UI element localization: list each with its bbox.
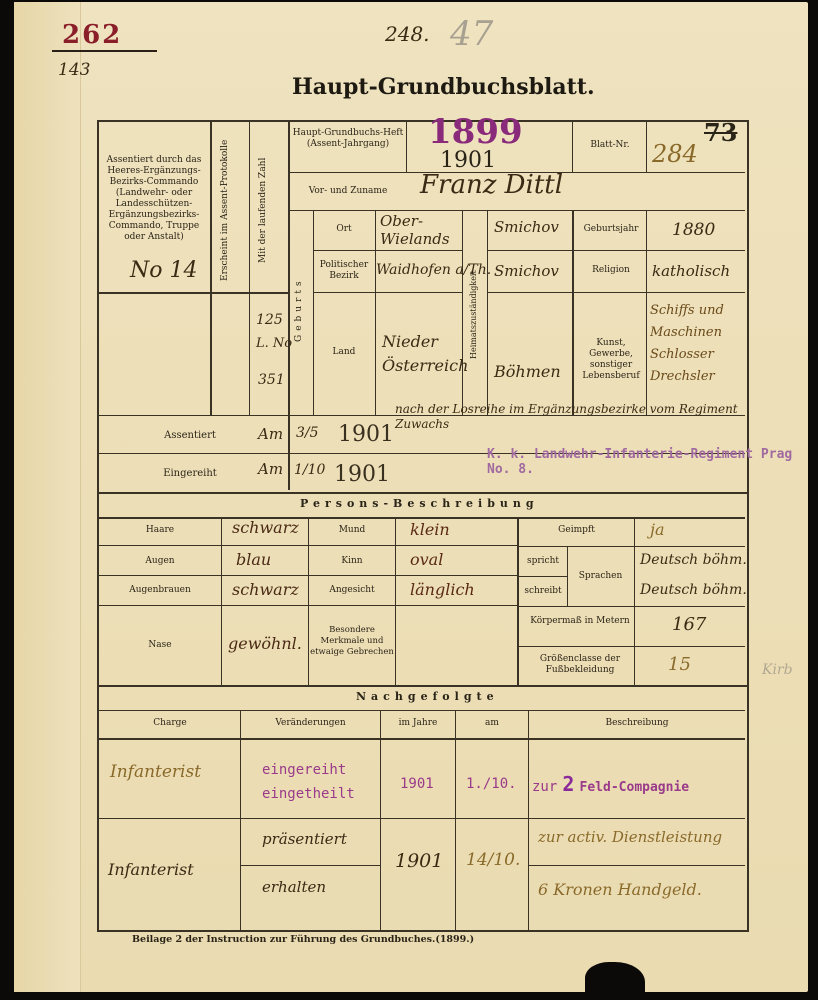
beruf-value: Schiffs und Maschinen Schlosser Drechsle… [650,300,745,388]
row1-desc-number: 2 [562,772,574,796]
grid-line [634,517,635,685]
row2-charge: Infanterist [108,860,194,879]
mund-value: klein [410,520,450,539]
geburts-label: Geburts [294,270,305,350]
schreibt-value: Deutsch böhm. [640,582,747,598]
merkmale-label: Besondere Merkmale und etwaige Gebrechen [310,625,394,658]
grid-line [519,606,745,607]
row2-date: 14/10. [466,850,520,870]
grid-line [380,710,381,930]
heimat-label: Heimatszuständigkeit [468,260,479,370]
augenbrauen-value: schwarz [232,580,299,599]
eingereiht-row-label: Eingereiht [150,468,230,479]
grid-line [519,576,567,577]
grid-line [97,605,517,606]
row1-year: 1901 [400,776,434,792]
grid-line [97,545,517,546]
grid-line [221,517,222,685]
col-jahre: im Jahre [381,718,455,729]
protokoll-column-label: Erscheint im Assent-Protokolle [220,135,231,285]
row2-desc-1: zur activ. Dienstleistung [538,828,722,846]
grid-line [519,546,745,547]
eingereiht-year: 1901 [334,462,390,487]
grid-line [313,210,314,415]
grid-line [288,120,290,490]
grid-line [240,710,241,930]
grid-line [572,210,574,415]
grid-line [646,210,647,415]
page-title: Haupt-Grundbuchsblatt. [292,74,595,100]
grid-line [313,292,463,293]
grid-line [462,210,463,415]
groessenclasse-label: Größenclasse der Fußbekleidung [530,654,630,676]
heft-year-stamp: 1899 [428,112,523,152]
grid-line [375,210,376,415]
grid-line [487,210,488,415]
margin-pencil-note: Kirb [762,662,793,678]
grid-line [97,292,289,294]
regiment-stamp: K. k. Landwehr-Infanterie-Regiment Prag … [487,447,818,477]
nase-label: Nase [100,640,220,651]
nase-value: gewöhnl. [228,634,302,653]
angesicht-label: Angesicht [310,585,394,596]
row1-date: 1./10. [466,776,517,792]
grid-line [487,250,745,251]
grid-line [517,517,519,685]
record-subnumber: 143 [58,60,90,80]
row1-charge: Infanterist [110,762,201,782]
grid-line [528,865,745,866]
row2-change-2: erhalten [262,878,326,896]
geimpft-label: Geimpft [520,525,633,536]
angesicht-value: länglich [410,580,475,599]
grid-line [210,120,212,415]
grid-line [97,738,745,740]
row2-change-1: präsentiert [262,830,347,848]
grid-line [249,120,250,415]
nachgefolgte-title: Nachgefolgte [356,690,499,703]
heimat-land-value: Böhmen [494,362,561,381]
name-label: Vor- und Zuname [292,186,404,197]
augen-label: Augen [100,556,220,567]
eingereiht-am: Am [258,460,283,478]
row2-year: 1901 [395,850,443,872]
grid-line [240,865,380,866]
row2-desc-2: 6 Kronen Handgeld. [538,880,702,899]
blatt-struck-number: 73 [704,118,737,147]
record-number-red: 262 [62,20,122,50]
land-label: Land [315,347,373,358]
col-beschreibung: Beschreibung [529,718,745,729]
protokoll-value-3: 351 [258,372,285,388]
schreibt-label: schreibt [520,586,566,597]
grid-line [487,292,745,293]
header-divider [52,50,157,52]
koerpermass-label: Körpermaß in Metern [530,616,630,627]
footer-note: Beilage 2 der Instruction zur Führung de… [132,934,474,945]
groessenclasse-value: 15 [668,654,691,675]
laufende-zahl-label: Mit der laufenden Zahl [258,135,269,285]
religion-label: Religion [576,265,646,276]
assentiert-year: 1901 [338,422,394,447]
page-margin-strip [14,2,81,992]
grid-line [646,120,647,172]
spricht-label: spricht [520,556,566,567]
bezirk-label: Politischer Bezirk [315,260,373,282]
assentiert-am: Am [258,425,283,443]
assentiert-date: 3/5 [296,425,319,441]
assentiert-by-text: Assentiert durch das Heeres-Ergänzungs-B… [107,155,202,242]
mund-label: Mund [310,525,394,536]
blatt-value: 284 [652,140,698,168]
row1-desc-prefix: zur [532,779,557,795]
row1-change-2: eingetheilt [262,786,355,802]
assentiert-note: nach der Losreihe im Ergänzungsbezirke v… [395,402,785,432]
eingereiht-date: 1/10 [294,462,325,478]
beruf-label: Kunst, Gewerbe, sonstiger Lebensberuf [576,338,646,382]
col-charge: Charge [100,718,240,729]
grid-line [395,517,396,685]
grid-line [288,210,745,211]
ort-value: Ober-Wielands [380,212,462,248]
person-section-title: Persons-Beschreibung [300,497,539,510]
koerpermass-value: 167 [672,614,706,635]
grid-line [313,250,463,251]
name-value: Franz Dittl [420,170,563,200]
grid-line [528,710,529,930]
grid-line [519,646,745,647]
augen-value: blau [236,550,271,569]
grid-line [406,120,407,172]
haare-label: Haare [100,525,220,536]
augenbrauen-label: Augenbrauen [100,585,220,596]
geburtsjahr-value: 1880 [672,220,715,240]
heimat-bezirk-value: Smichov [494,262,559,280]
ort-label: Ort [315,224,373,235]
spricht-value: Deutsch böhm. [640,552,747,568]
col-veraenderungen: Veränderungen [241,718,380,729]
protokoll-value-2: L. No [256,336,292,351]
blatt-label: Blatt-Nr. [574,140,646,151]
religion-value: katholisch [652,262,730,280]
kinn-label: Kinn [310,556,394,567]
record-center-number: 248. [385,22,430,46]
protokoll-value-1: 125 [256,312,283,328]
row1-desc-text: Feld-Compagnie [580,780,690,795]
grid-line [97,818,745,819]
row1-change-1: eingereiht [262,762,346,778]
assentiert-by-label: Assentiert durch das Heeres-Ergänzungs-B… [100,155,208,243]
haare-value: schwarz [232,518,299,537]
pencil-number: 47 [450,14,493,54]
col-am: am [456,718,528,729]
paper-tear [585,962,645,1000]
geburtsjahr-label: Geburtsjahr [576,224,646,235]
grid-line [97,575,517,576]
heft-label: Haupt-Grundbuchs-Heft (Assent-Jahrgang) [292,128,404,150]
geimpft-value: ja [650,520,665,539]
kinn-value: oval [410,550,443,569]
grid-line [572,120,573,172]
grid-line [308,517,309,685]
assentiert-row-label: Assentiert [150,430,230,441]
grid-line [455,710,456,930]
grid-line [97,710,745,711]
land-value: Nieder Österreich [382,330,462,378]
assentiert-by-value: No 14 [130,258,197,283]
sprachen-label: Sprachen [568,571,633,582]
heimat-ort-value: Smichov [494,218,559,236]
row1-description: zur 2 Feld-Compagnie [532,772,689,796]
grid-line [97,517,745,519]
